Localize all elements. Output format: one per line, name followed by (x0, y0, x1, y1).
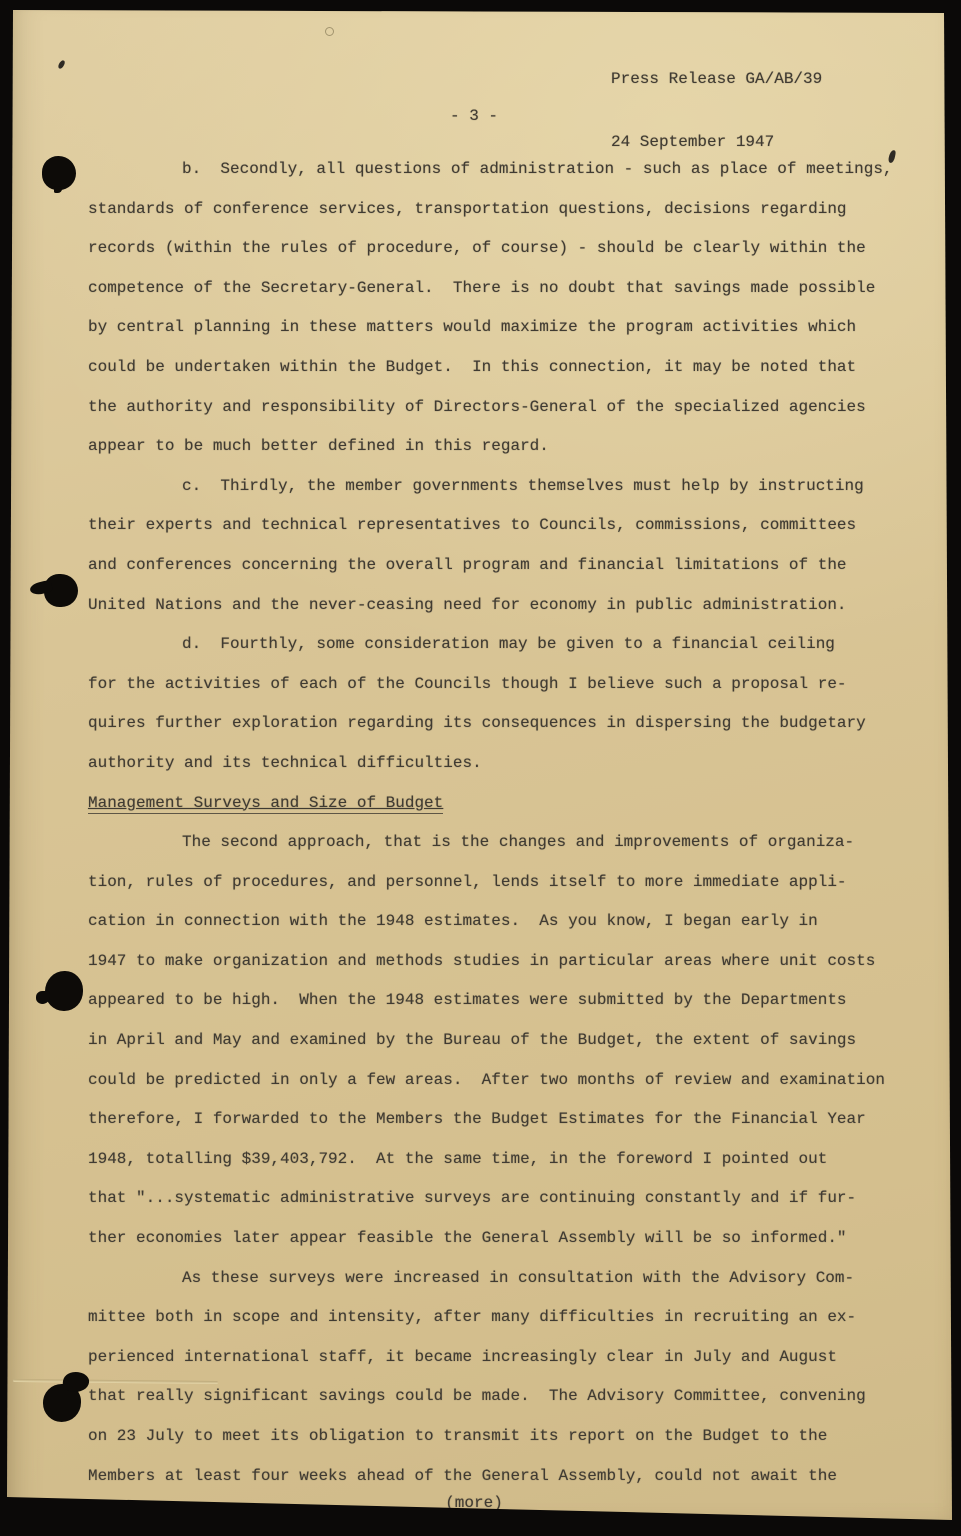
text-line-content: therefore, I forwarded to the Members th… (88, 1110, 866, 1128)
text-line-content: that "...systematic administrative surve… (88, 1189, 856, 1207)
text-line: 1948, totalling $39,403,792. At the same… (88, 1140, 894, 1180)
text-line: appeared to be high. When the 1948 estim… (88, 981, 894, 1021)
text-line-content: As these surveys were increased in consu… (182, 1269, 854, 1287)
text-line-content: quires further exploration regarding its… (88, 714, 866, 732)
text-line-content: in April and May and examined by the Bur… (88, 1031, 856, 1049)
text-line-content: authority and its technical difficulties… (88, 754, 482, 772)
text-line: b. Secondly, all questions of administra… (88, 150, 894, 190)
text-line: authority and its technical difficulties… (88, 744, 894, 784)
text-line: and conferences concerning the overall p… (88, 546, 894, 586)
text-line-content: standards of conference services, transp… (88, 200, 847, 218)
ink-speck (325, 27, 334, 36)
text-line-content: on 23 July to meet its obligation to tra… (88, 1427, 827, 1445)
text-line: competence of the Secretary-General. The… (88, 269, 894, 309)
text-line: mittee both in scope and intensity, afte… (88, 1298, 894, 1338)
text-line: c. Thirdly, the member governments thems… (88, 467, 894, 507)
text-line-content: d. Fourthly, some consideration may be g… (182, 635, 835, 653)
text-line: for the activities of each of the Counci… (88, 665, 894, 705)
text-line-content: records (within the rules of procedure, … (88, 239, 866, 257)
text-line: d. Fourthly, some consideration may be g… (88, 625, 894, 665)
text-line-content: 1948, totalling $39,403,792. At the same… (88, 1150, 827, 1168)
punch-hole-icon (42, 156, 76, 190)
text-line-content: their experts and technical representati… (88, 516, 856, 534)
text-line-content: b. Secondly, all questions of administra… (182, 160, 893, 178)
text-line: their experts and technical representati… (88, 506, 894, 546)
text-line: therefore, I forwarded to the Members th… (88, 1100, 894, 1140)
text-line: could be predicted in only a few areas. … (88, 1061, 894, 1101)
text-line: tion, rules of procedures, and personnel… (88, 863, 894, 903)
page-number: - 3 - (0, 96, 948, 136)
scanned-document: Press Release GA/AB/39 24 September 1947… (0, 0, 961, 1536)
punch-hole-icon (43, 1384, 81, 1422)
text-line-content: appeared to be high. When the 1948 estim… (88, 991, 847, 1009)
text-line-content: mittee both in scope and intensity, afte… (88, 1308, 856, 1326)
punch-hole-icon (45, 971, 83, 1011)
text-line: appear to be much better defined in this… (88, 427, 894, 467)
text-line-content: for the activities of each of the Counci… (88, 675, 847, 693)
text-line: perienced international staff, it became… (88, 1338, 894, 1378)
text-body: b. Secondly, all questions of administra… (88, 150, 894, 1496)
text-line-content: the authority and responsibility of Dire… (88, 398, 866, 416)
section-heading: Management Surveys and Size of Budget (88, 784, 894, 824)
press-release-number: Press Release GA/AB/39 (611, 69, 822, 90)
text-line: United Nations and the never-ceasing nee… (88, 586, 894, 626)
text-line-content: could be predicted in only a few areas. … (88, 1071, 885, 1089)
text-line-content: Management Surveys and Size of Budget (88, 794, 443, 814)
text-line-content: could be undertaken within the Budget. I… (88, 358, 856, 376)
text-line-content: that really significant savings could be… (88, 1387, 866, 1405)
text-line-content: cation in connection with the 1948 estim… (88, 912, 818, 930)
text-line-content: appear to be much better defined in this… (88, 437, 549, 455)
text-line-content: tion, rules of procedures, and personnel… (88, 873, 847, 891)
text-line-content: Members at least four weeks ahead of the… (88, 1467, 837, 1485)
text-line: ther economies later appear feasible the… (88, 1219, 894, 1259)
text-line-content: ther economies later appear feasible the… (88, 1229, 847, 1247)
text-line: in April and May and examined by the Bur… (88, 1021, 894, 1061)
text-line-content: United Nations and the never-ceasing nee… (88, 596, 847, 614)
text-line: 1947 to make organization and methods st… (88, 942, 894, 982)
text-line: standards of conference services, transp… (88, 190, 894, 230)
text-line: the authority and responsibility of Dire… (88, 388, 894, 428)
text-line: The second approach, that is the changes… (88, 823, 894, 863)
text-line: that "...systematic administrative surve… (88, 1179, 894, 1219)
footer-more-marker: (more) (0, 1483, 948, 1523)
text-line-content: The second approach, that is the changes… (182, 833, 854, 851)
text-line-content: perienced international staff, it became… (88, 1348, 837, 1366)
text-line: records (within the rules of procedure, … (88, 229, 894, 269)
text-line-content: competence of the Secretary-General. The… (88, 279, 875, 297)
text-line: by central planning in these matters wou… (88, 308, 894, 348)
document-page: Press Release GA/AB/39 24 September 1947… (0, 0, 961, 1536)
punch-hole-icon (44, 574, 78, 607)
text-line: could be undertaken within the Budget. I… (88, 348, 894, 388)
text-line-content: c. Thirdly, the member governments thems… (182, 477, 864, 495)
text-line: cation in connection with the 1948 estim… (88, 902, 894, 942)
text-line-content: and conferences concerning the overall p… (88, 556, 847, 574)
text-line-content: by central planning in these matters wou… (88, 318, 856, 336)
text-line: on 23 July to meet its obligation to tra… (88, 1417, 894, 1457)
ink-speck (57, 59, 65, 69)
text-line: quires further exploration regarding its… (88, 704, 894, 744)
text-line-content: 1947 to make organization and methods st… (88, 952, 875, 970)
text-line: As these surveys were increased in consu… (88, 1259, 894, 1299)
